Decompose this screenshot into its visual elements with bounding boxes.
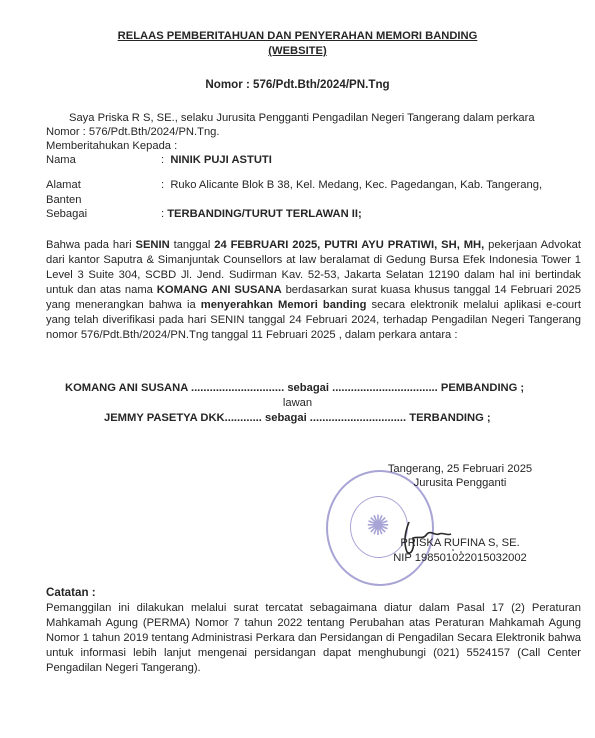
alamat-value: Ruko Alicante Blok B 38, Kel. Medang, Ke… [170,179,542,191]
case-number: Nomor : 576/Pdt.Bth/2024/PN.Tng [0,78,595,91]
alamat-label: Alamat [46,178,81,193]
party-appellant: KOMANG ANI SUSANA ......................… [65,381,524,396]
notes-title: Catatan : [46,586,96,599]
party-respondent: JEMMY PASETYA DKK............ sebagai ..… [104,411,491,426]
signatory-name: PRISKA RUFINA S, SE. [360,536,560,551]
intro-line-1: Saya Priska R S, SE., selaku Jurusita Pe… [46,111,581,126]
body-client: KOMANG ANI SUSANA [157,284,282,296]
signature-role: Jurusita Pengganti [360,476,560,491]
alamat-continued: Banten [46,193,81,208]
document-title: RELAAS PEMBERITAHUAN DAN PENYERAHAN MEMO… [0,30,595,42]
signature-place-date: Tangerang, 25 Februari 2025 [360,462,560,477]
nama-value: NINIK PUJI ASTUTI [170,154,272,166]
body-action: menyerahkan Memori banding [201,299,367,311]
document-page: RELAAS PEMBERITAHUAN DAN PENYERAHAN MEMO… [0,0,595,738]
body-paragraph: Bahwa pada hari SENIN tanggal 24 FEBRUAR… [46,238,581,343]
nama-field: : NINIK PUJI ASTUTI [161,153,272,168]
sebagai-field: : TERBANDING/TURUT TERLAWAN II; [161,207,362,222]
body-text: Bahwa pada hari [46,239,135,251]
sebagai-label: Sebagai [46,207,87,222]
intro-line-2: Nomor : 576/Pdt.Bth/2024/PN.Tng. [46,125,581,140]
document-subtitle: (WEBSITE) [0,45,595,57]
versus-label: lawan [0,396,595,411]
notes-text: Pemanggilan ini dilakukan melalui surat … [46,601,581,676]
alamat-field: : Ruko Alicante Blok B 38, Kel. Medang, … [161,178,542,193]
signatory-nip: NIP 198501022015032002 [360,551,560,566]
body-date-advocate: 24 FEBRUARI 2025, PUTRI AYU PRATIWI, SH,… [214,239,484,251]
intro-line-3: Memberitahukan Kepada : [46,139,581,154]
sebagai-value: TERBANDING/TURUT TERLAWAN II; [167,208,362,220]
body-day: SENIN [135,239,169,251]
nama-label: Nama [46,153,76,168]
body-text: tanggal [170,239,215,251]
